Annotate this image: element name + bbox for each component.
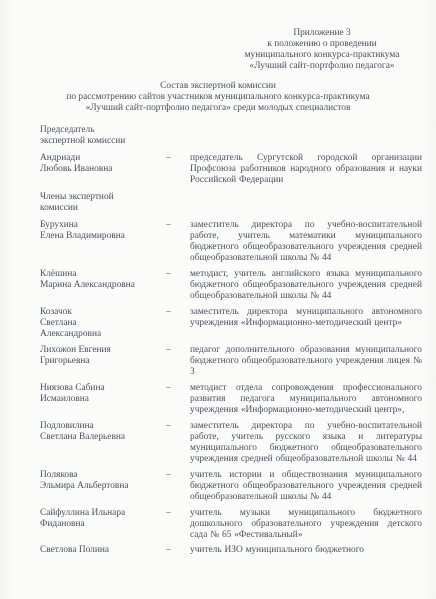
- appendix-line: «Лучший сайт-портфолио педагога»: [220, 61, 424, 72]
- commission-row: Светлова Полина – учитель ИЗО муниципаль…: [0, 545, 436, 556]
- member-role: заместитель директора муниципального авт…: [190, 307, 422, 329]
- member-name: Лихожон Евгения Григорьевна: [40, 345, 162, 367]
- commission-row: Полякова Эльмира Альбертовна – учитель и…: [0, 470, 436, 503]
- members-section-label: Члены экспертной комиссии: [40, 192, 170, 214]
- appendix-line: муниципального конкурса-практикума: [220, 50, 424, 61]
- member-role: учитель истории и обществознания муницип…: [190, 470, 422, 503]
- dash-separator: –: [162, 508, 190, 519]
- dash-separator: –: [162, 383, 190, 394]
- member-name: Светлова Полина: [40, 545, 162, 556]
- dash-separator: –: [162, 421, 190, 432]
- dash-separator: –: [162, 307, 190, 318]
- member-name: Андриади Любовь Ивановна: [40, 153, 162, 175]
- member-name: Подловилина Светлана Валерьевна: [40, 421, 162, 443]
- member-name: Клёшина Марина Александровна: [40, 269, 162, 291]
- commission-row: Клёшина Марина Александровна – методист,…: [0, 269, 436, 302]
- dash-separator: –: [162, 269, 190, 280]
- member-name: Ниязова Сабина Исмаиловна: [40, 383, 162, 405]
- title-line: «Лучший сайт-портфолио педагога» среди м…: [0, 103, 436, 114]
- document-title: Состав экспертной комиссии по рассмотрен…: [0, 81, 436, 114]
- member-role: педагог дополнительного образования муни…: [190, 345, 422, 378]
- member-name: Сайфуллина Ильнара Фидановна: [40, 508, 162, 530]
- commission-row: Подловилина Светлана Валерьевна – замест…: [0, 421, 436, 465]
- member-name: Козачок Светлана Александровна: [40, 307, 162, 340]
- dash-separator: –: [162, 545, 190, 556]
- title-line: по рассмотрению сайтов участников муници…: [0, 92, 436, 103]
- dash-separator: –: [162, 220, 190, 231]
- commission-row: Сайфуллина Ильнара Фидановна – учитель м…: [0, 508, 436, 541]
- appendix-line: к положению о проведении: [220, 39, 424, 50]
- dash-separator: –: [162, 345, 190, 356]
- title-line: Состав экспертной комиссии: [0, 81, 436, 92]
- member-role: председатель Сургутской городской органи…: [190, 153, 422, 186]
- commission-row: Лихожон Евгения Григорьевна – педагог до…: [0, 345, 436, 378]
- dash-separator: –: [162, 153, 190, 164]
- appendix-line: Приложение 3: [220, 28, 424, 39]
- commission-row: Козачок Светлана Александровна – замести…: [0, 307, 436, 340]
- member-role: учитель музыки муниципального бюджетного…: [190, 508, 422, 541]
- dash-separator: –: [162, 470, 190, 481]
- member-name: Бурухина Елена Владимировна: [40, 220, 162, 242]
- member-name: Полякова Эльмира Альбертовна: [40, 470, 162, 492]
- member-role: заместитель директора по учебно-воспитат…: [190, 220, 422, 264]
- chair-section-label: Председатель экспертной комиссии: [40, 125, 170, 147]
- commission-row: Бурухина Елена Владимировна – заместител…: [0, 220, 436, 264]
- member-role: методист, учитель английского языка муни…: [190, 269, 422, 302]
- member-role: учитель ИЗО муниципального бюджетного: [190, 545, 422, 556]
- appendix-header: Приложение 3 к положению о проведении му…: [220, 28, 424, 72]
- document-page: Приложение 3 к положению о проведении му…: [0, 0, 436, 599]
- member-role: заместитель директора по учебно-воспитат…: [190, 421, 422, 465]
- commission-row-chair: Андриади Любовь Ивановна – председатель …: [0, 153, 436, 186]
- member-role: методист отдела сопровождения профессион…: [190, 383, 422, 416]
- commission-row: Ниязова Сабина Исмаиловна – методист отд…: [0, 383, 436, 416]
